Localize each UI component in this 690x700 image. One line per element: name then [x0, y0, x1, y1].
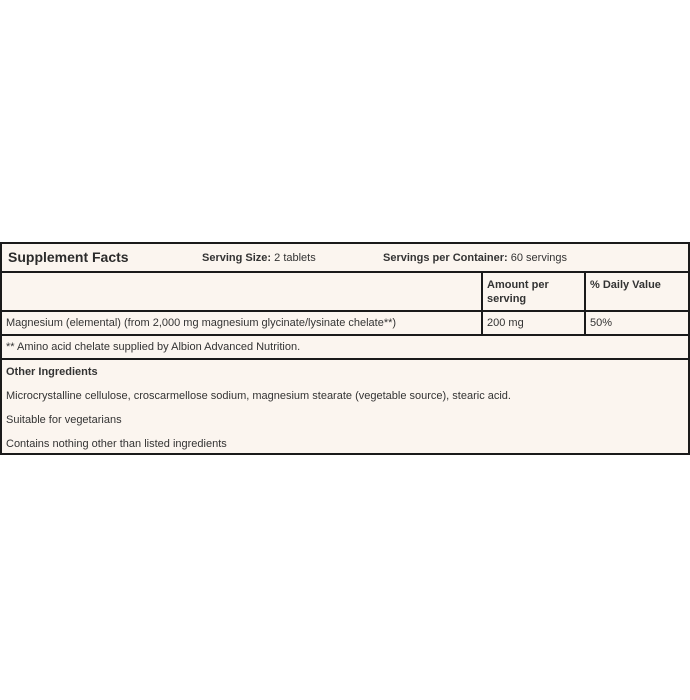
nutrient-amount: 200 mg [483, 312, 586, 334]
supplement-facts-panel: Supplement Facts Serving Size: 2 tablets… [0, 242, 690, 455]
table-row: Magnesium (elemental) (from 2,000 mg mag… [2, 312, 688, 336]
note-nothing-else: Contains nothing other than listed ingre… [6, 438, 511, 451]
other-ingredients-block: Other Ingredients Microcrystalline cellu… [2, 360, 515, 453]
column-header-name [2, 273, 483, 310]
other-ingredients-section: Other Ingredients Microcrystalline cellu… [2, 360, 688, 453]
serving-size-label: Serving Size: [202, 252, 271, 264]
facts-header: Supplement Facts Serving Size: 2 tablets… [2, 244, 688, 273]
servings-per-container: Servings per Container: 60 servings [383, 252, 567, 264]
nutrient-name: Magnesium (elemental) (from 2,000 mg mag… [2, 312, 483, 334]
footnote-text: ** Amino acid chelate supplied by Albion… [2, 336, 688, 358]
column-header-daily-value: % Daily Value [586, 273, 688, 310]
serving-size-value: 2 tablets [274, 252, 316, 264]
column-header-row: Amount per serving % Daily Value [2, 273, 688, 312]
nutrient-daily-value: 50% [586, 312, 688, 334]
footnote-row: ** Amino acid chelate supplied by Albion… [2, 336, 688, 360]
column-header-amount: Amount per serving [483, 273, 586, 310]
other-ingredients-title: Other Ingredients [6, 366, 511, 379]
facts-title: Supplement Facts [8, 249, 129, 265]
servings-per-container-value: 60 servings [511, 252, 567, 264]
note-vegetarian: Suitable for vegetarians [6, 414, 511, 427]
serving-size: Serving Size: 2 tablets [202, 252, 316, 264]
other-ingredients-text: Microcrystalline cellulose, croscarmello… [6, 390, 511, 403]
servings-per-container-label: Servings per Container: [383, 252, 508, 264]
